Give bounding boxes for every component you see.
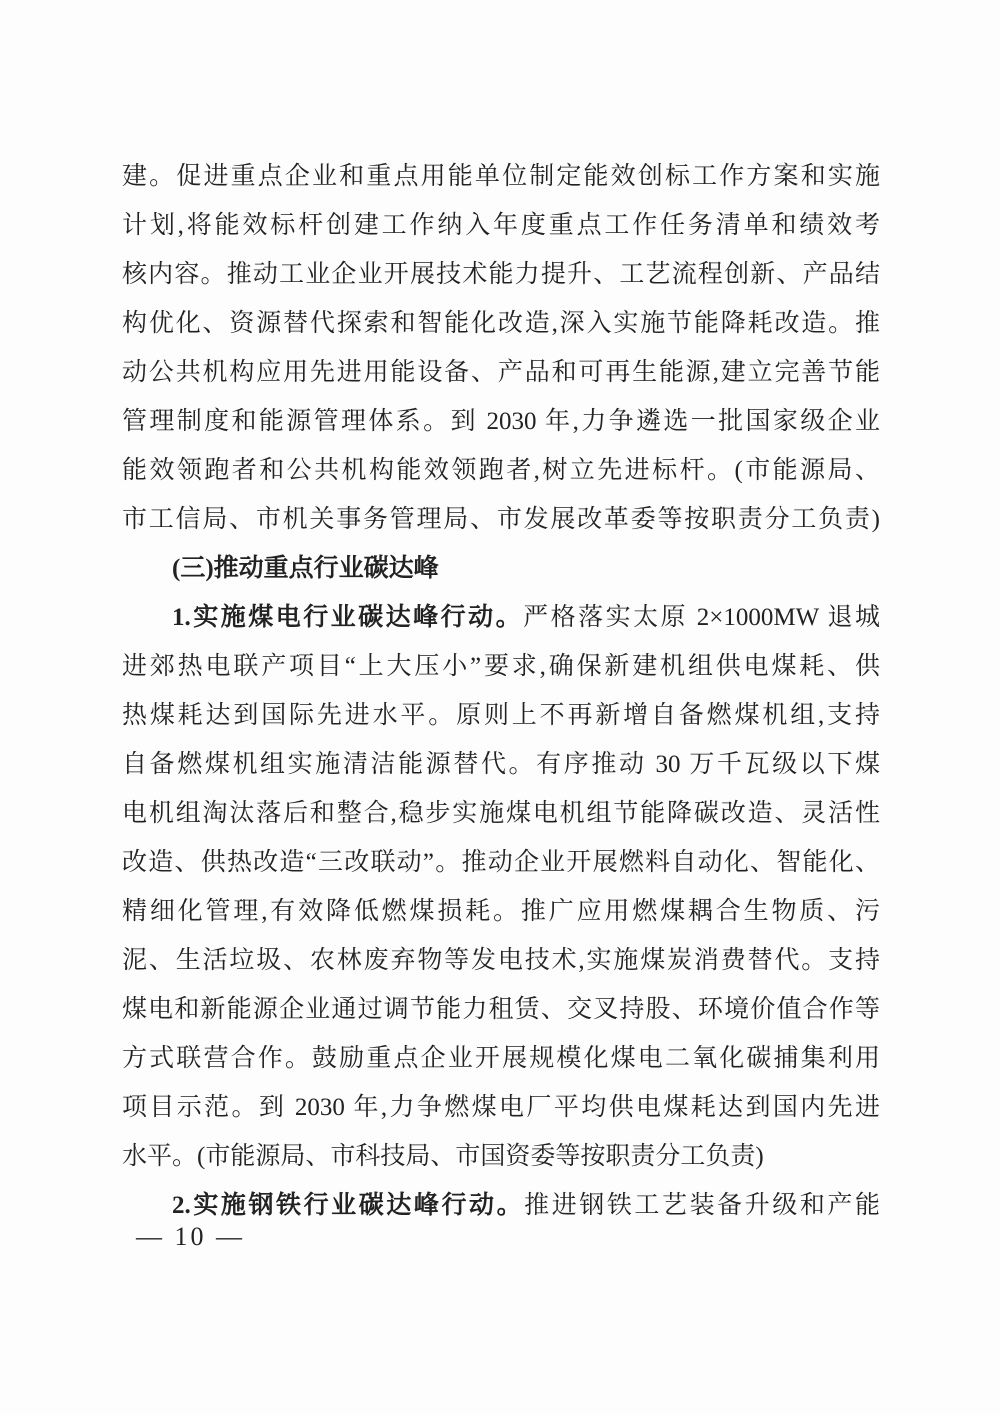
text-segment: 动公共机构应用先进用能设备、产品和可再生能源,建立完善节能	[122, 359, 880, 386]
text-segment: 热煤耗达到国际先进水平。原则上不再新增自备燃煤机组,支持	[122, 702, 880, 729]
page-footer: — 10 —	[136, 1220, 245, 1254]
text-segment: 自备燃煤机组实施清洁能源替代。有序推动 30 万千瓦级以下煤	[122, 751, 880, 778]
text-segment: 推进钢铁工艺装备升级和产能	[524, 1192, 880, 1219]
text-segment: 方式联营合作。鼓励重点企业开展规模化煤电二氧化碳捕集利用	[122, 1045, 880, 1072]
text-line: 项目示范。到 2030 年,力争燃煤电厂平均供电煤耗达到国内先进	[122, 1083, 880, 1132]
text-line: 构优化、资源替代探索和智能化改造,深入实施节能降耗改造。推	[122, 299, 880, 348]
text-segment: 市工信局、市机关事务管理局、市发展改革委等按职责分工负责)	[122, 506, 880, 533]
text-segment: 电机组淘汰落后和整合,稳步实施煤电机组节能降碳改造、灵活性	[122, 800, 880, 827]
text-line: 计划,将能效标杆创建工作纳入年度重点工作任务清单和绩效考	[122, 201, 880, 250]
text-line: 水平。(市能源局、市科技局、市国资委等按职责分工负责)	[122, 1132, 880, 1181]
text-line: 市工信局、市机关事务管理局、市发展改革委等按职责分工负责)	[122, 495, 880, 544]
text-line: 泥、生活垃圾、农林废弃物等发电技术,实施煤炭消费替代。支持	[122, 936, 880, 985]
text-segment: 煤电和新能源企业通过调节能力租赁、交叉持股、环境价值合作等	[122, 996, 880, 1023]
bold-text-segment: 1.实施煤电行业碳达峰行动。	[172, 604, 523, 631]
text-segment: 改造、供热改造“三改联动”。推动企业开展燃料自动化、智能化、	[122, 849, 880, 876]
text-line: 方式联营合作。鼓励重点企业开展规模化煤电二氧化碳捕集利用	[122, 1034, 880, 1083]
text-segment: 建。促进重点企业和重点用能单位制定能效创标工作方案和实施	[122, 163, 880, 190]
text-segment: 精细化管理,有效降低燃煤损耗。推广应用燃煤耦合生物质、污	[122, 898, 880, 925]
text-line: 煤电和新能源企业通过调节能力租赁、交叉持股、环境价值合作等	[122, 985, 880, 1034]
bold-text-segment: 2.实施钢铁行业碳达峰行动。	[172, 1192, 524, 1219]
text-segment: 构优化、资源替代探索和智能化改造,深入实施节能降耗改造。推	[122, 310, 880, 337]
text-line: 改造、供热改造“三改联动”。推动企业开展燃料自动化、智能化、	[122, 838, 880, 887]
text-line: 自备燃煤机组实施清洁能源替代。有序推动 30 万千瓦级以下煤	[122, 740, 880, 789]
text-segment: 进郊热电联产项目“上大压小”要求,确保新建机组供电煤耗、供	[122, 653, 880, 680]
bold-text-segment: (三)推动重点行业碳达峰	[172, 555, 439, 582]
document-lines: 建。促进重点企业和重点用能单位制定能效创标工作方案和实施计划,将能效标杆创建工作…	[122, 152, 880, 1230]
text-line: (三)推动重点行业碳达峰	[122, 544, 880, 593]
text-line: 管理制度和能源管理体系。到 2030 年,力争遴选一批国家级企业	[122, 397, 880, 446]
text-segment: 计划,将能效标杆创建工作纳入年度重点工作任务清单和绩效考	[122, 212, 880, 239]
text-line: 能效领跑者和公共机构能效领跑者,树立先进标杆。(市能源局、	[122, 446, 880, 495]
text-segment: 严格落实太原 2×1000MW 退城	[523, 604, 880, 631]
text-segment: 泥、生活垃圾、农林废弃物等发电技术,实施煤炭消费替代。支持	[122, 947, 880, 974]
text-segment: 水平。(市能源局、市科技局、市国资委等按职责分工负责)	[122, 1143, 764, 1170]
text-segment: 能效领跑者和公共机构能效领跑者,树立先进标杆。(市能源局、	[122, 457, 880, 484]
text-segment: 核内容。推动工业企业开展技术能力提升、工艺流程创新、产品结	[122, 261, 880, 288]
text-line: 动公共机构应用先进用能设备、产品和可再生能源,建立完善节能	[122, 348, 880, 397]
text-line: 热煤耗达到国际先进水平。原则上不再新增自备燃煤机组,支持	[122, 691, 880, 740]
text-segment: 管理制度和能源管理体系。到 2030 年,力争遴选一批国家级企业	[122, 408, 880, 435]
text-line: 进郊热电联产项目“上大压小”要求,确保新建机组供电煤耗、供	[122, 642, 880, 691]
text-line: 1.实施煤电行业碳达峰行动。严格落实太原 2×1000MW 退城	[122, 593, 880, 642]
document-page: 建。促进重点企业和重点用能单位制定能效创标工作方案和实施计划,将能效标杆创建工作…	[0, 0, 1000, 1415]
text-line: 建。促进重点企业和重点用能单位制定能效创标工作方案和实施	[122, 152, 880, 201]
text-line: 核内容。推动工业企业开展技术能力提升、工艺流程创新、产品结	[122, 250, 880, 299]
text-line: 电机组淘汰落后和整合,稳步实施煤电机组节能降碳改造、灵活性	[122, 789, 880, 838]
page-number: — 10 —	[136, 1222, 245, 1251]
text-line: 精细化管理,有效降低燃煤损耗。推广应用燃煤耦合生物质、污	[122, 887, 880, 936]
text-segment: 项目示范。到 2030 年,力争燃煤电厂平均供电煤耗达到国内先进	[122, 1094, 880, 1121]
